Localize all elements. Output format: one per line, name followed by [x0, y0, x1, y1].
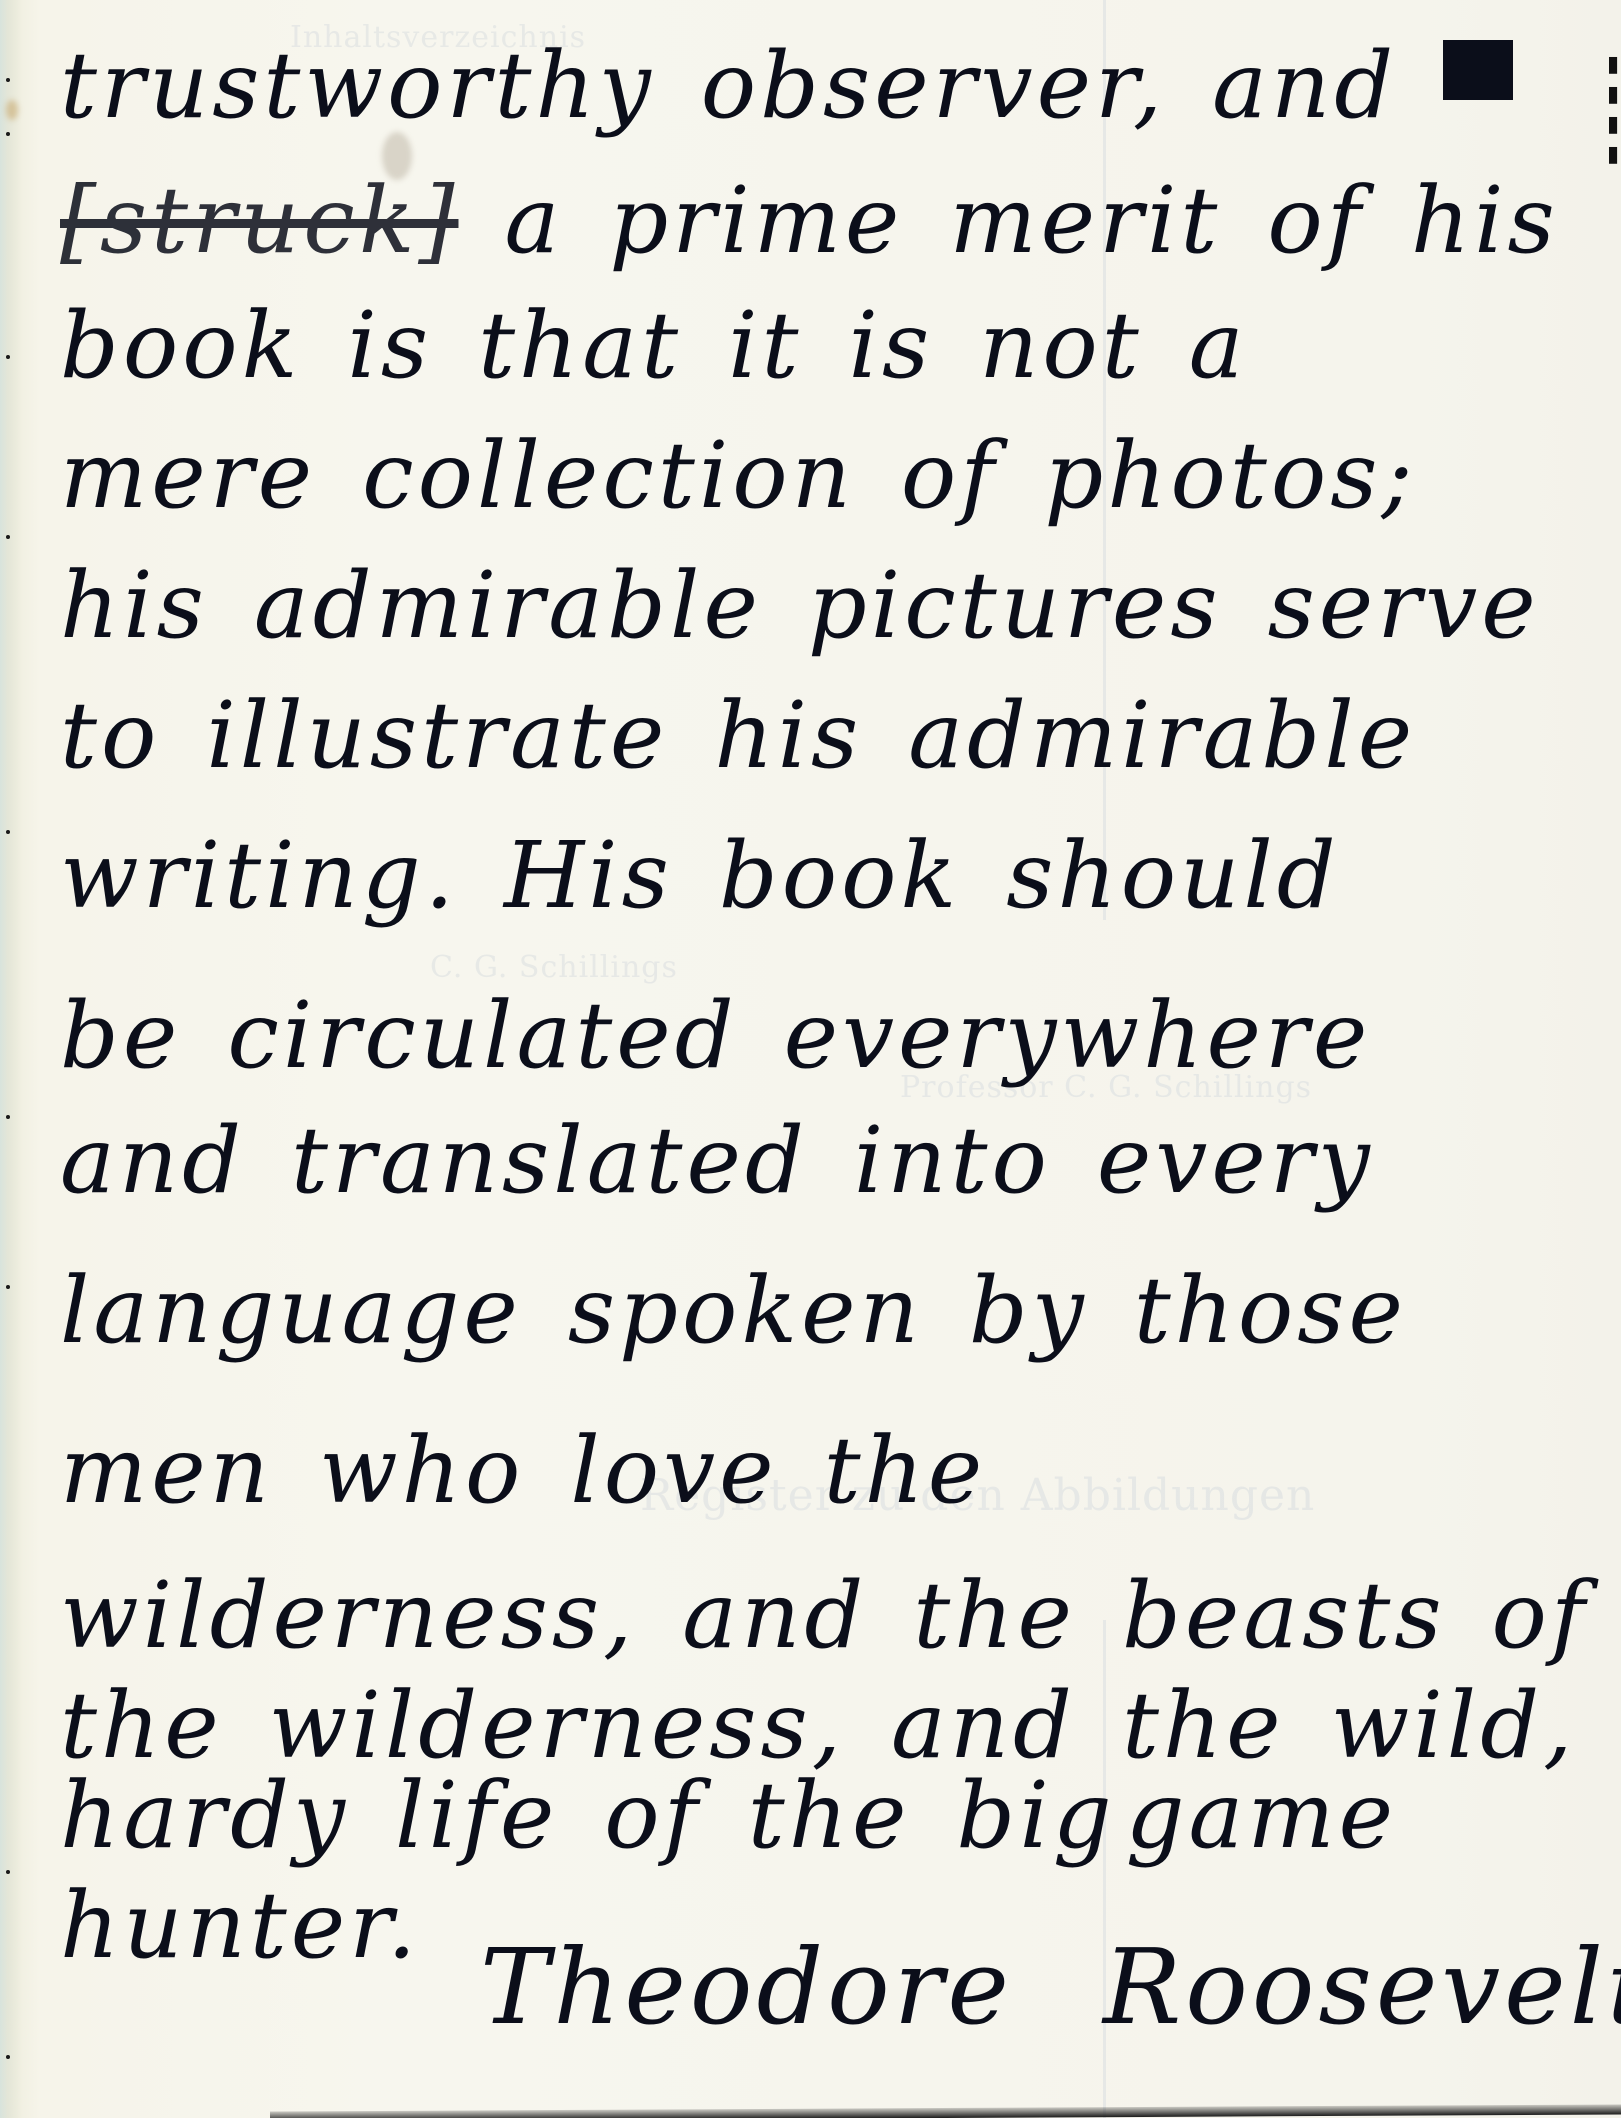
handwritten-line: hunter.	[60, 1880, 466, 1972]
word: a	[1189, 300, 1248, 392]
struck-word: [struck]	[1443, 40, 1513, 100]
word: prime	[609, 175, 903, 267]
word: observer,	[701, 40, 1166, 132]
struck-word: [struck]	[60, 175, 458, 267]
word: life	[395, 1770, 558, 1862]
word: his	[1411, 175, 1559, 267]
word: the	[913, 1570, 1076, 1662]
word: everywhere	[784, 990, 1372, 1082]
handwritten-line: hardylifeofthebiggame	[60, 1770, 1443, 1862]
handwritten-line: becirculatedeverywhere	[60, 990, 1417, 1082]
word: book	[60, 300, 301, 392]
word: and	[60, 1115, 245, 1207]
word: a	[504, 175, 563, 267]
word: of	[1492, 1570, 1589, 1662]
word: is	[347, 300, 432, 392]
word: to	[60, 690, 160, 782]
word: beasts	[1122, 1570, 1446, 1662]
signature: TheodoreRoosevelt	[480, 1935, 1621, 2039]
handwritten-line: toillustratehisadmirable	[60, 690, 1462, 782]
word: language	[60, 1265, 522, 1357]
word: wild,	[1331, 1680, 1577, 1772]
word: photos;	[1044, 430, 1416, 522]
word: the	[1122, 1680, 1285, 1772]
word: admirable	[254, 560, 762, 652]
word: pictures	[808, 560, 1222, 652]
handwritten-line: merecollectionofphotos;	[60, 430, 1462, 522]
word: His	[504, 830, 673, 922]
word: big	[956, 1770, 1115, 1862]
word: hunter.	[60, 1880, 420, 1972]
word: not	[979, 300, 1143, 392]
word: men	[60, 1425, 273, 1517]
word: serve	[1268, 560, 1540, 652]
word: every	[1097, 1115, 1374, 1207]
word: who	[319, 1425, 524, 1517]
word: merit	[949, 175, 1221, 267]
word: book	[719, 830, 960, 922]
word: hardy	[60, 1770, 349, 1862]
word: game	[1126, 1770, 1397, 1862]
word: of	[1267, 175, 1364, 267]
word: it	[728, 300, 802, 392]
handwritten-line: wilderness,andthebeastsof	[60, 1570, 1621, 1662]
handwritten-line: languagespokenbythose	[60, 1265, 1453, 1357]
word: the	[60, 1680, 223, 1772]
word: of	[901, 430, 998, 522]
adjacent-page-edge: ▮▮▮▮	[1607, 50, 1621, 190]
handwritten-body: trustworthyobserver,and[struck] [struck]…	[0, 0, 1621, 2118]
handwritten-line: [struck]aprimemeritofhis	[60, 175, 1605, 267]
word: the	[748, 1770, 911, 1862]
word: spoken	[568, 1265, 923, 1357]
word: translated	[291, 1115, 808, 1207]
word: writing.	[60, 830, 458, 922]
handwritten-line: menwholovethe	[60, 1425, 1032, 1517]
letter-page: Inhaltsverzeichnis C. G. Schillings Prof…	[0, 0, 1621, 2118]
word: his	[714, 690, 862, 782]
word: and	[1212, 40, 1397, 132]
handwritten-line: hisadmirablepicturesserve	[60, 560, 1586, 652]
signature-first-name: Theodore	[480, 1935, 1013, 2039]
word: admirable	[908, 690, 1416, 782]
handwritten-line: writing.Hisbookshould	[60, 830, 1386, 922]
word: mere	[60, 430, 316, 522]
word: illustrate	[206, 690, 668, 782]
word: that	[478, 300, 682, 392]
word: and	[891, 1680, 1076, 1772]
word: wilderness,	[269, 1680, 845, 1772]
word: and	[682, 1570, 867, 1662]
word: by	[969, 1265, 1088, 1357]
word: circulated	[227, 990, 737, 1082]
word: the	[824, 1425, 987, 1517]
word: those	[1134, 1265, 1407, 1357]
handwritten-line: andtranslatedintoevery	[60, 1115, 1420, 1207]
word: wilderness,	[60, 1570, 636, 1662]
word: of	[604, 1770, 701, 1862]
word: is	[849, 300, 934, 392]
word: his	[60, 560, 208, 652]
handwritten-line: trustworthyobserver,and[struck]	[60, 40, 1559, 132]
word: be	[60, 990, 181, 1082]
word: love	[570, 1425, 777, 1517]
handwritten-line: bookisthatitisnota	[60, 300, 1294, 392]
word: into	[854, 1115, 1051, 1207]
handwritten-line: thewilderness,andthewild,	[60, 1680, 1621, 1772]
word: trustworthy	[60, 40, 655, 132]
signature-last-name: Roosevelt	[1103, 1935, 1621, 2039]
word: collection	[362, 430, 855, 522]
word: should	[1006, 830, 1339, 922]
